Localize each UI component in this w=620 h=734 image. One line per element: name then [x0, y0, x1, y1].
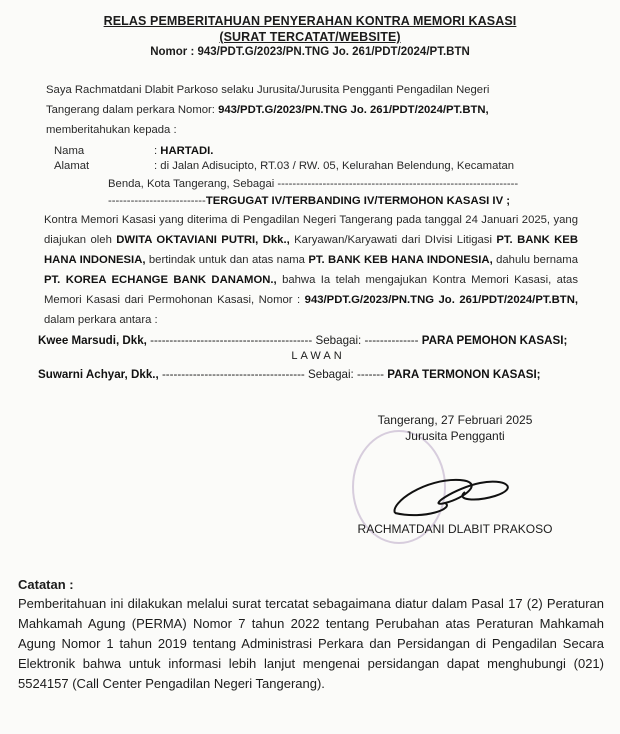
signature-position: Jurusita Pengganti	[330, 429, 580, 443]
party-1-sep: ----------------------------------------…	[147, 334, 422, 347]
party-1-name: Kwee Marsudi, Dkk,	[38, 334, 147, 347]
body-text: dalam perkara antara :	[44, 314, 158, 326]
name-label: Nama	[54, 145, 84, 157]
role-dashes: --------------------------	[108, 195, 206, 207]
document-subtitle: (SURAT TERCATAT/WEBSITE)	[0, 30, 620, 44]
party-1-role: PARA PEMOHON KASASI;	[422, 334, 568, 347]
intro-paragraph: Saya Rachmatdani Dlabit Parkoso selaku J…	[46, 80, 578, 140]
signature-name: RACHMATDANI DLABIT PRAKOSO	[330, 522, 580, 536]
former-bank-name: PT. KOREA ECHANGE BANK DANAMON.,	[44, 274, 277, 286]
lawan-label: LAWAN	[38, 350, 598, 362]
address-label: Alamat	[54, 160, 89, 172]
address-line-1: di Jalan Adisucipto, RT.03 / RW. 05, Kel…	[160, 160, 514, 172]
document-title: RELAS PEMBERITAHUAN PENYERAHAN KONTRA ME…	[0, 14, 620, 28]
party-2-name: Suwarni Achyar, Dkk.,	[38, 368, 159, 381]
party-2-role: PARA TERMONON KASASI;	[387, 368, 540, 381]
intro-line-3: memberitahukan kepada :	[46, 120, 578, 140]
intro-case-number: 943/PDT.G/2023/PN.TNG Jo. 261/PDT/2024/P…	[218, 104, 489, 116]
recipient-name: HARTADI.	[160, 145, 213, 157]
signature-place-date: Tangerang, 27 Februari 2025	[330, 413, 580, 427]
party-2-sep: ------------------------------------- Se…	[159, 368, 388, 381]
body-paragraph: Kontra Memori Kasasi yang diterima di Pe…	[44, 210, 578, 330]
case-number-ref: 943/PDT.G/2023/PN.TNG Jo. 261/PDT/2024/P…	[305, 294, 578, 306]
recipient-role: TERGUGAT IV/TERBANDING IV/TERMOHON KASAS…	[206, 195, 510, 207]
note-title: Catatan :	[18, 577, 74, 592]
body-text: dahulu bernama	[493, 254, 578, 266]
body-text: Karyawan/Karyawati dari DIvisi Litigasi	[290, 234, 497, 246]
note-text: Pemberitahuan ini dilakukan melalui sura…	[18, 594, 604, 694]
address-line-2: Benda, Kota Tangerang, Sebagai ---------…	[108, 178, 518, 190]
filer-name: DWITA OKTAVIANI PUTRI, Dkk.,	[116, 234, 289, 246]
signature-icon	[385, 468, 525, 523]
intro-line-2: Tangerang dalam perkara Nomor:	[46, 104, 218, 116]
intro-line-1: Saya Rachmatdani Dlabit Parkoso selaku J…	[46, 80, 578, 100]
bank-name: PT. BANK KEB HANA INDONESIA,	[308, 254, 492, 266]
case-number: Nomor : 943/PDT.G/2023/PN.TNG Jo. 261/PD…	[0, 46, 620, 58]
body-text: bertindak untuk dan atas nama	[146, 254, 309, 266]
